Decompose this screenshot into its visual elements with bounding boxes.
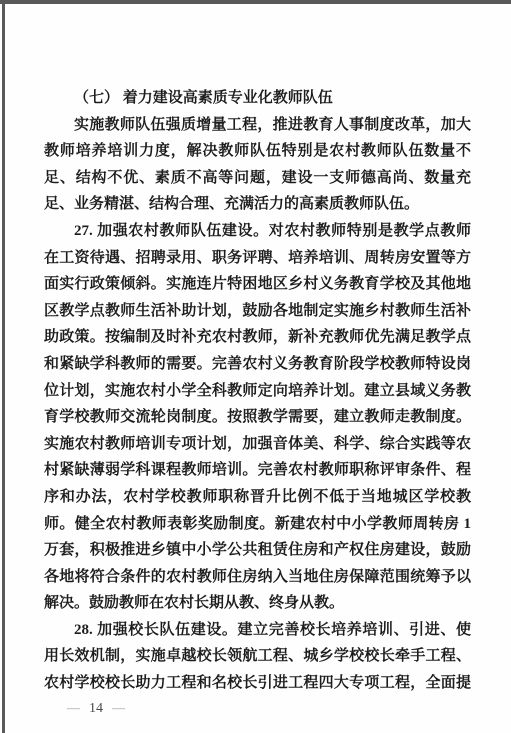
text-line: 足、结构不优、素质不高等问题，建设一支师德高尚、数量充: [44, 165, 471, 192]
scan-edge-left: [2, 0, 5, 733]
text-line: 在工资待遇、招聘录用、职务评聘、培养培训、周转房安置等方: [44, 245, 471, 272]
text-line: 村紧缺薄弱学科课程教师培训。完善农村教师职称评审条件、程: [44, 457, 471, 484]
text-line: 区教学点教师生活补助计划，鼓励各地制定实施乡村教师生活补: [44, 298, 471, 325]
text-line: 农村学校校长助力工程和名校长引进工程四大专项工程，全面提: [44, 670, 471, 697]
text-line: 万套，积极推进乡镇中小学公共租赁住房和产权住房建设，鼓励: [44, 537, 471, 564]
footer-dash-left: —: [67, 700, 80, 715]
footer-dash-right: —: [112, 700, 125, 715]
document-page: （七） 着力建设高素质专业化教师队伍实施教师队伍强质增量工程，推进教育人事制度改…: [0, 0, 511, 733]
page-number: 14: [89, 701, 103, 716]
text-line: 育学校教师交流轮岗制度。按照教学需要，建立教师走教制度。: [44, 404, 471, 431]
text-line: 足、业务精湛、结构合理、充满活力的高素质教师队伍。: [44, 191, 471, 218]
text-line: 和紧缺学科教师的需要。完善农村义务教育阶段学校教师特设岗: [44, 351, 471, 378]
text-line: 解决。鼓励教师在农村长期从教、终身从教。: [44, 590, 471, 617]
text-line: 面实行政策倾斜。实施连片特困地区乡村义务教育学校及其他地: [44, 271, 471, 298]
section-heading: （七） 着力建设高素质专业化教师队伍: [44, 85, 471, 112]
text-line: 28. 加强校长队伍建设。建立完善校长培养培训、引进、使: [44, 617, 471, 644]
scan-edge-top: [0, 0, 511, 4]
text-line: 教师培养培训力度，解决教师队伍特别是农村教师队伍数量不: [44, 138, 471, 165]
text-line: 序和办法，农村学校教师职称晋升比例不低于当地城区学校教: [44, 484, 471, 511]
text-line: 各地将符合条件的农村教师住房纳入当地住房保障范围统筹予以: [44, 564, 471, 591]
page-footer: —14—: [67, 700, 125, 717]
text-line: 位计划，实施农村小学全科教师定向培养计划。建立县域义务教: [44, 378, 471, 405]
text-line: 师。健全农村教师表彰奖励制度。新建农村中小学教师周转房 1: [44, 511, 471, 538]
text-line: 实施农村教师培训专项计划，加强音体美、科学、综合实践等农: [44, 431, 471, 458]
document-body: （七） 着力建设高素质专业化教师队伍实施教师队伍强质增量工程，推进教育人事制度改…: [44, 85, 471, 697]
text-line: 用长效机制，实施卓越校长领航工程、城乡学校校长牵手工程、: [44, 643, 471, 670]
text-line: 实施教师队伍强质增量工程，推进教育人事制度改革，加大: [44, 112, 471, 139]
text-line: 27. 加强农村教师队伍建设。对农村教师特别是教学点教师: [44, 218, 471, 245]
text-line: 助政策。按编制及时补充农村教师，新补充教师优先满足教学点: [44, 324, 471, 351]
